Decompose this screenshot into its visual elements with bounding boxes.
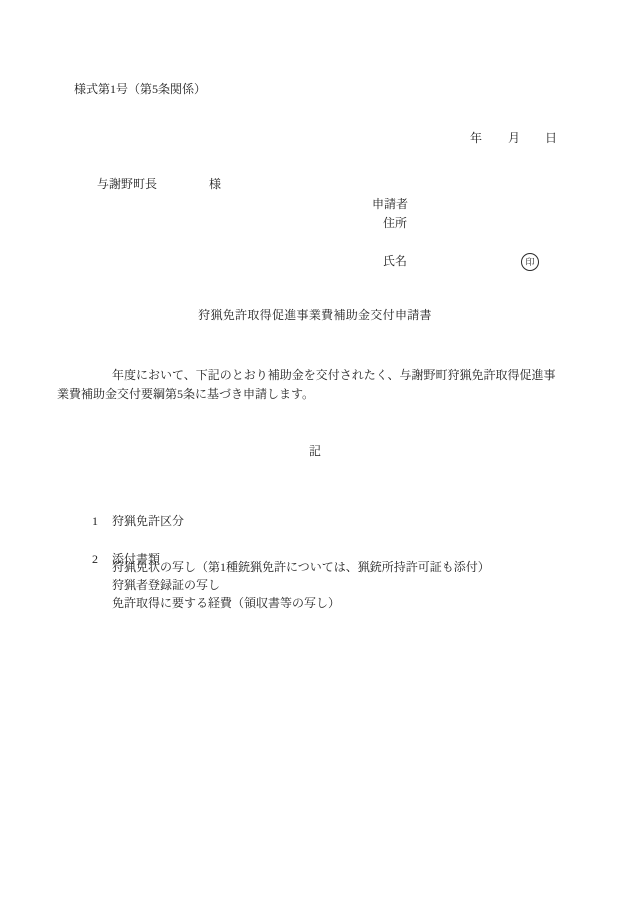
application-form-page: 様式第1号（第5条関係） 年月日 与謝野町長様 申請者 住所 氏名 印 狩猟免許…	[0, 0, 630, 916]
addressee-name: 与謝野町長	[97, 177, 157, 191]
applicant-label: 申請者	[372, 197, 408, 211]
item-1-label: 狩猟免許区分	[112, 514, 184, 528]
body-line-1: 年度において、下記のとおり補助金を交付されたく、与謝野町狩猟免許取得促進事	[112, 368, 556, 382]
item-1-number: 1	[92, 514, 112, 528]
applicant-address-label: 住所	[383, 216, 407, 230]
addressee-line: 与謝野町長様	[85, 163, 221, 206]
applicant-name-label: 氏名	[383, 254, 407, 268]
seal-mark-icon: 印	[521, 253, 539, 271]
date-day-label: 日	[545, 131, 557, 145]
list-item-license-category: 1狩猟免許区分	[80, 500, 184, 543]
body-line-2: 業費補助金交付要綱第5条に基づき申請します。	[57, 387, 314, 401]
date-year-label: 年	[470, 131, 482, 145]
addressee-honorific: 様	[209, 177, 221, 191]
form-number: 様式第1号（第5条関係）	[74, 82, 206, 96]
date-month-label: 月	[508, 131, 520, 145]
attachment-item-license-copy: 狩猟免状の写し（第1種銃猟免許については、猟銃所持許可証も添付）	[112, 560, 490, 574]
date-line: 年月日	[458, 117, 557, 160]
document-title: 狩猟免許取得促進事業費補助金交付申請書	[0, 308, 630, 322]
record-heading: 記	[0, 444, 630, 458]
attachment-item-hunter-registration-copy: 狩猟者登録証の写し	[112, 578, 220, 592]
item-2-number: 2	[92, 552, 112, 566]
attachment-item-expense-receipts: 免許取得に要する経費（領収書等の写し）	[112, 596, 340, 610]
